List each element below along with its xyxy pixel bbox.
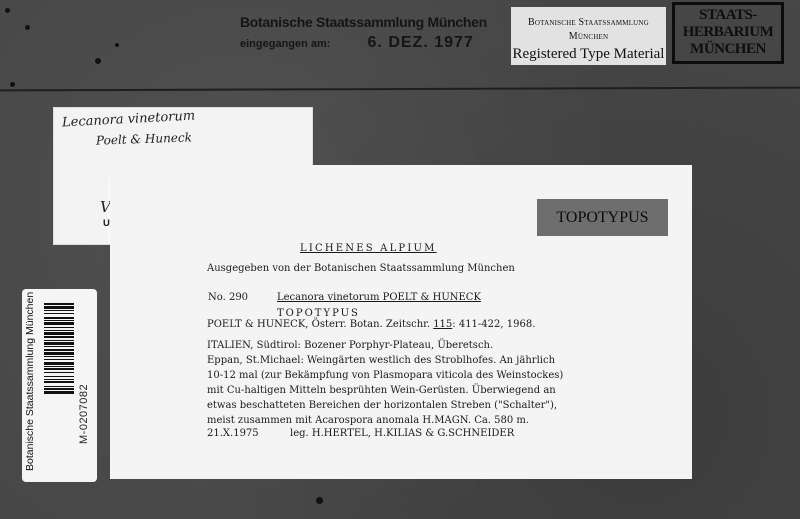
barcode-institution: Botanische Staatssammlung München [24,292,36,471]
handwritten-species: Lecanora vinetorum [62,109,196,131]
locality-line: mit Cu-haltigen Mitteln besprühten Wein-… [207,385,556,396]
receipt-institution: Botanische Staatssammlung München [240,14,487,30]
collection-date: 21.X.1975 [207,428,259,439]
barcode-number: M-0207082 [78,384,90,444]
series-title: LICHENES ALPIUM [300,243,437,254]
barcode-bar [44,379,74,380]
barcode-label: Botanische Staatssammlung München M-0207… [22,289,97,482]
barcode-bar [44,372,74,373]
locality-line: Eppan, St.Michael: Weingärten westlich d… [207,355,555,366]
herbarium-stamp: STAATS- HERBARIUM MÜNCHEN [672,2,784,64]
topotypus-badge: TOPOTYPUS [537,199,668,236]
registered-type-label: Botanische Staatssammlung München Regist… [511,7,666,65]
barcode-bar [44,362,74,365]
receipt-stamp: Botanische Staatssammlung München eingeg… [240,14,487,52]
citation: POELT & HUNECK, Österr. Botan. Zeitschr.… [207,319,535,330]
barcode-bar [44,306,74,309]
barcode-bar [44,303,74,305]
barcode-bar [44,313,74,314]
barcode [44,303,74,471]
barcode-bar [44,310,74,311]
locality-line: 10-12 mal (zur Bekämpfung von Plasmopara… [207,370,563,381]
citation-prefix: POELT & HUNECK, Österr. Botan. Zeitschr. [207,319,433,330]
exsiccata-number: No. 290 [208,292,248,303]
speck [10,82,15,87]
exsiccata-label: TOPOTYPUS LICHENES ALPIUM Ausgegeben von… [110,165,692,479]
barcode-bar [44,340,74,341]
registered-type-text: Registered Type Material [511,45,666,63]
species-name: Lecanora vinetorum POELT & HUNECK [277,292,481,303]
barcode-bar [44,317,74,319]
locality-line: ITALIEN, Südtirol: Bozener Porphyr-Plate… [207,340,493,351]
speck [5,8,10,13]
speck [25,25,30,30]
citation-suffix: : 411-422, 1968. [452,319,535,330]
receipt-line: eingegangen am: 6. DEZ. 1977 [240,34,487,52]
locality-line: etwas beschatteten Bereichen der horizon… [207,400,557,411]
barcode-bar [44,366,74,367]
barcode-bar [44,327,74,328]
barcode-bar [44,349,74,351]
issued-by: Ausgegeben von der Botanischen Staatssam… [207,263,515,274]
barcode-bar [44,352,74,355]
registered-institution: Botanische Staatssammlung [511,16,666,30]
received-date: 6. DEZ. 1977 [368,34,474,51]
registered-city: München [511,30,666,44]
barcode-bar [44,388,74,390]
barcode-bar [44,359,74,360]
barcode-bar [44,386,74,387]
barcode-bar [44,332,74,335]
barcode-bar [44,356,74,357]
fold-line [0,87,800,92]
barcode-bar [44,320,74,321]
locality-line: meist zusammen mit Acarospora anomala H.… [207,415,529,426]
stamp-line: MÜNCHEN [675,41,781,58]
barcode-bar [44,368,74,370]
barcode-bar [44,336,74,338]
received-label: eingegangen am: [240,38,330,50]
barcode-bar [44,346,74,347]
type-status: TOPOTYPUS [277,308,360,319]
collectors: leg. H.HERTEL, H.KILIAS & G.SCHNEIDER [290,428,514,439]
barcode-bar [44,322,74,325]
herbarium-sheet: Botanische Staatssammlung München eingeg… [0,0,800,519]
stamp-line: HERBARIUM [675,24,781,41]
speck [115,43,119,47]
citation-volume: 115 [433,319,452,330]
speck [316,497,323,504]
speck [95,58,101,64]
barcode-bar [44,391,74,394]
barcode-bar [44,330,74,331]
stamp-line: STAATS- [675,7,781,24]
handwritten-authors: Poelt & Huneck [96,130,192,147]
barcode-bar [44,342,74,345]
barcode-bar [44,376,74,377]
barcode-bar [44,381,74,383]
